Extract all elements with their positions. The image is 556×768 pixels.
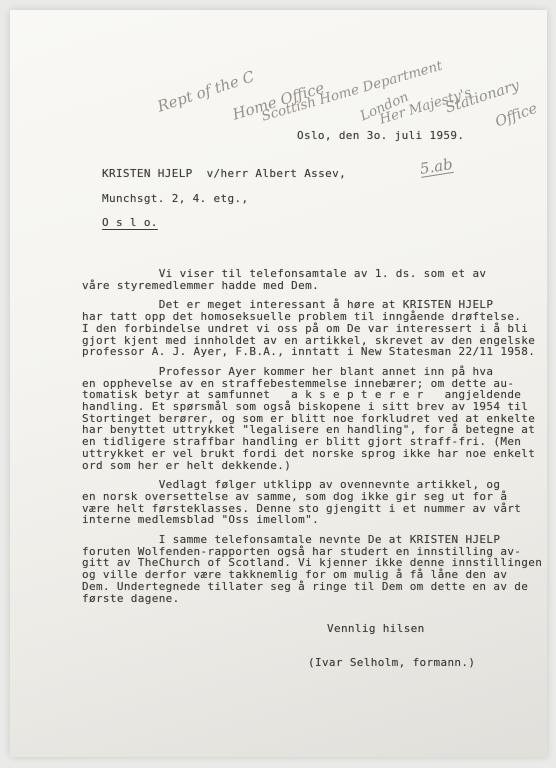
signature-line: (Ivar Selholm, formann.) bbox=[308, 657, 475, 669]
handwritten-annotation: Office bbox=[493, 101, 539, 131]
body-line: I den forbindelse undret vi oss på om De… bbox=[82, 323, 554, 335]
body-line: våre styremedlemmer hadde med Dem. bbox=[82, 280, 554, 292]
body-line: første dagene. bbox=[82, 593, 554, 605]
body-line: handling. Et spørsmål som også biskopene… bbox=[82, 401, 554, 413]
body-line: Dem. Undertegnede tillater seg å ringe t… bbox=[82, 581, 554, 593]
body-line: en norsk oversettelse av samme, som dog … bbox=[82, 491, 554, 503]
body-line: Vi viser til telefonsamtale av 1. ds. so… bbox=[82, 268, 554, 280]
closing-salutation: Vennlig hilsen bbox=[327, 623, 425, 635]
handwritten-side-note: 5.ab bbox=[419, 155, 454, 178]
letter-page: Rept of the C Home Office Scottish Home … bbox=[10, 10, 547, 757]
recipient-line: O s l o. bbox=[102, 217, 346, 229]
paragraph: Vedlagt følger utklipp av ovennevnte art… bbox=[82, 479, 554, 526]
body-line: ord som her er helt dekkende.) bbox=[82, 460, 554, 472]
body-line: professor A. J. Ayer, F.B.A., inntatt i … bbox=[82, 346, 554, 358]
body-line: I samme telefonsamtale nevnte De at KRIS… bbox=[82, 534, 554, 546]
letter-body: Vi viser til telefonsamtale av 1. ds. so… bbox=[82, 268, 554, 612]
recipient-line: KRISTEN HJELP v/herr Albert Assev, bbox=[102, 168, 346, 180]
paragraph: Vi viser til telefonsamtale av 1. ds. so… bbox=[82, 268, 554, 291]
recipient-address: KRISTEN HJELP v/herr Albert Assev,Munchs… bbox=[102, 168, 346, 242]
body-line: Professor Ayer kommer her blant annet in… bbox=[82, 366, 554, 378]
paragraph: Det er meget interessant å høre at KRIST… bbox=[82, 299, 554, 358]
date-line: Oslo, den 3o. juli 1959. bbox=[297, 130, 464, 142]
recipient-line: Munchsgt. 2, 4. etg., bbox=[102, 193, 346, 205]
body-line: interne medlemsblad "Oss imellom". bbox=[82, 514, 554, 526]
paragraph: I samme telefonsamtale nevnte De at KRIS… bbox=[82, 534, 554, 604]
paragraph: Professor Ayer kommer her blant annet in… bbox=[82, 366, 554, 471]
body-line: uttrykket er vel brukt fordi det norske … bbox=[82, 448, 554, 460]
document-scan: Rept of the C Home Office Scottish Home … bbox=[0, 0, 556, 768]
